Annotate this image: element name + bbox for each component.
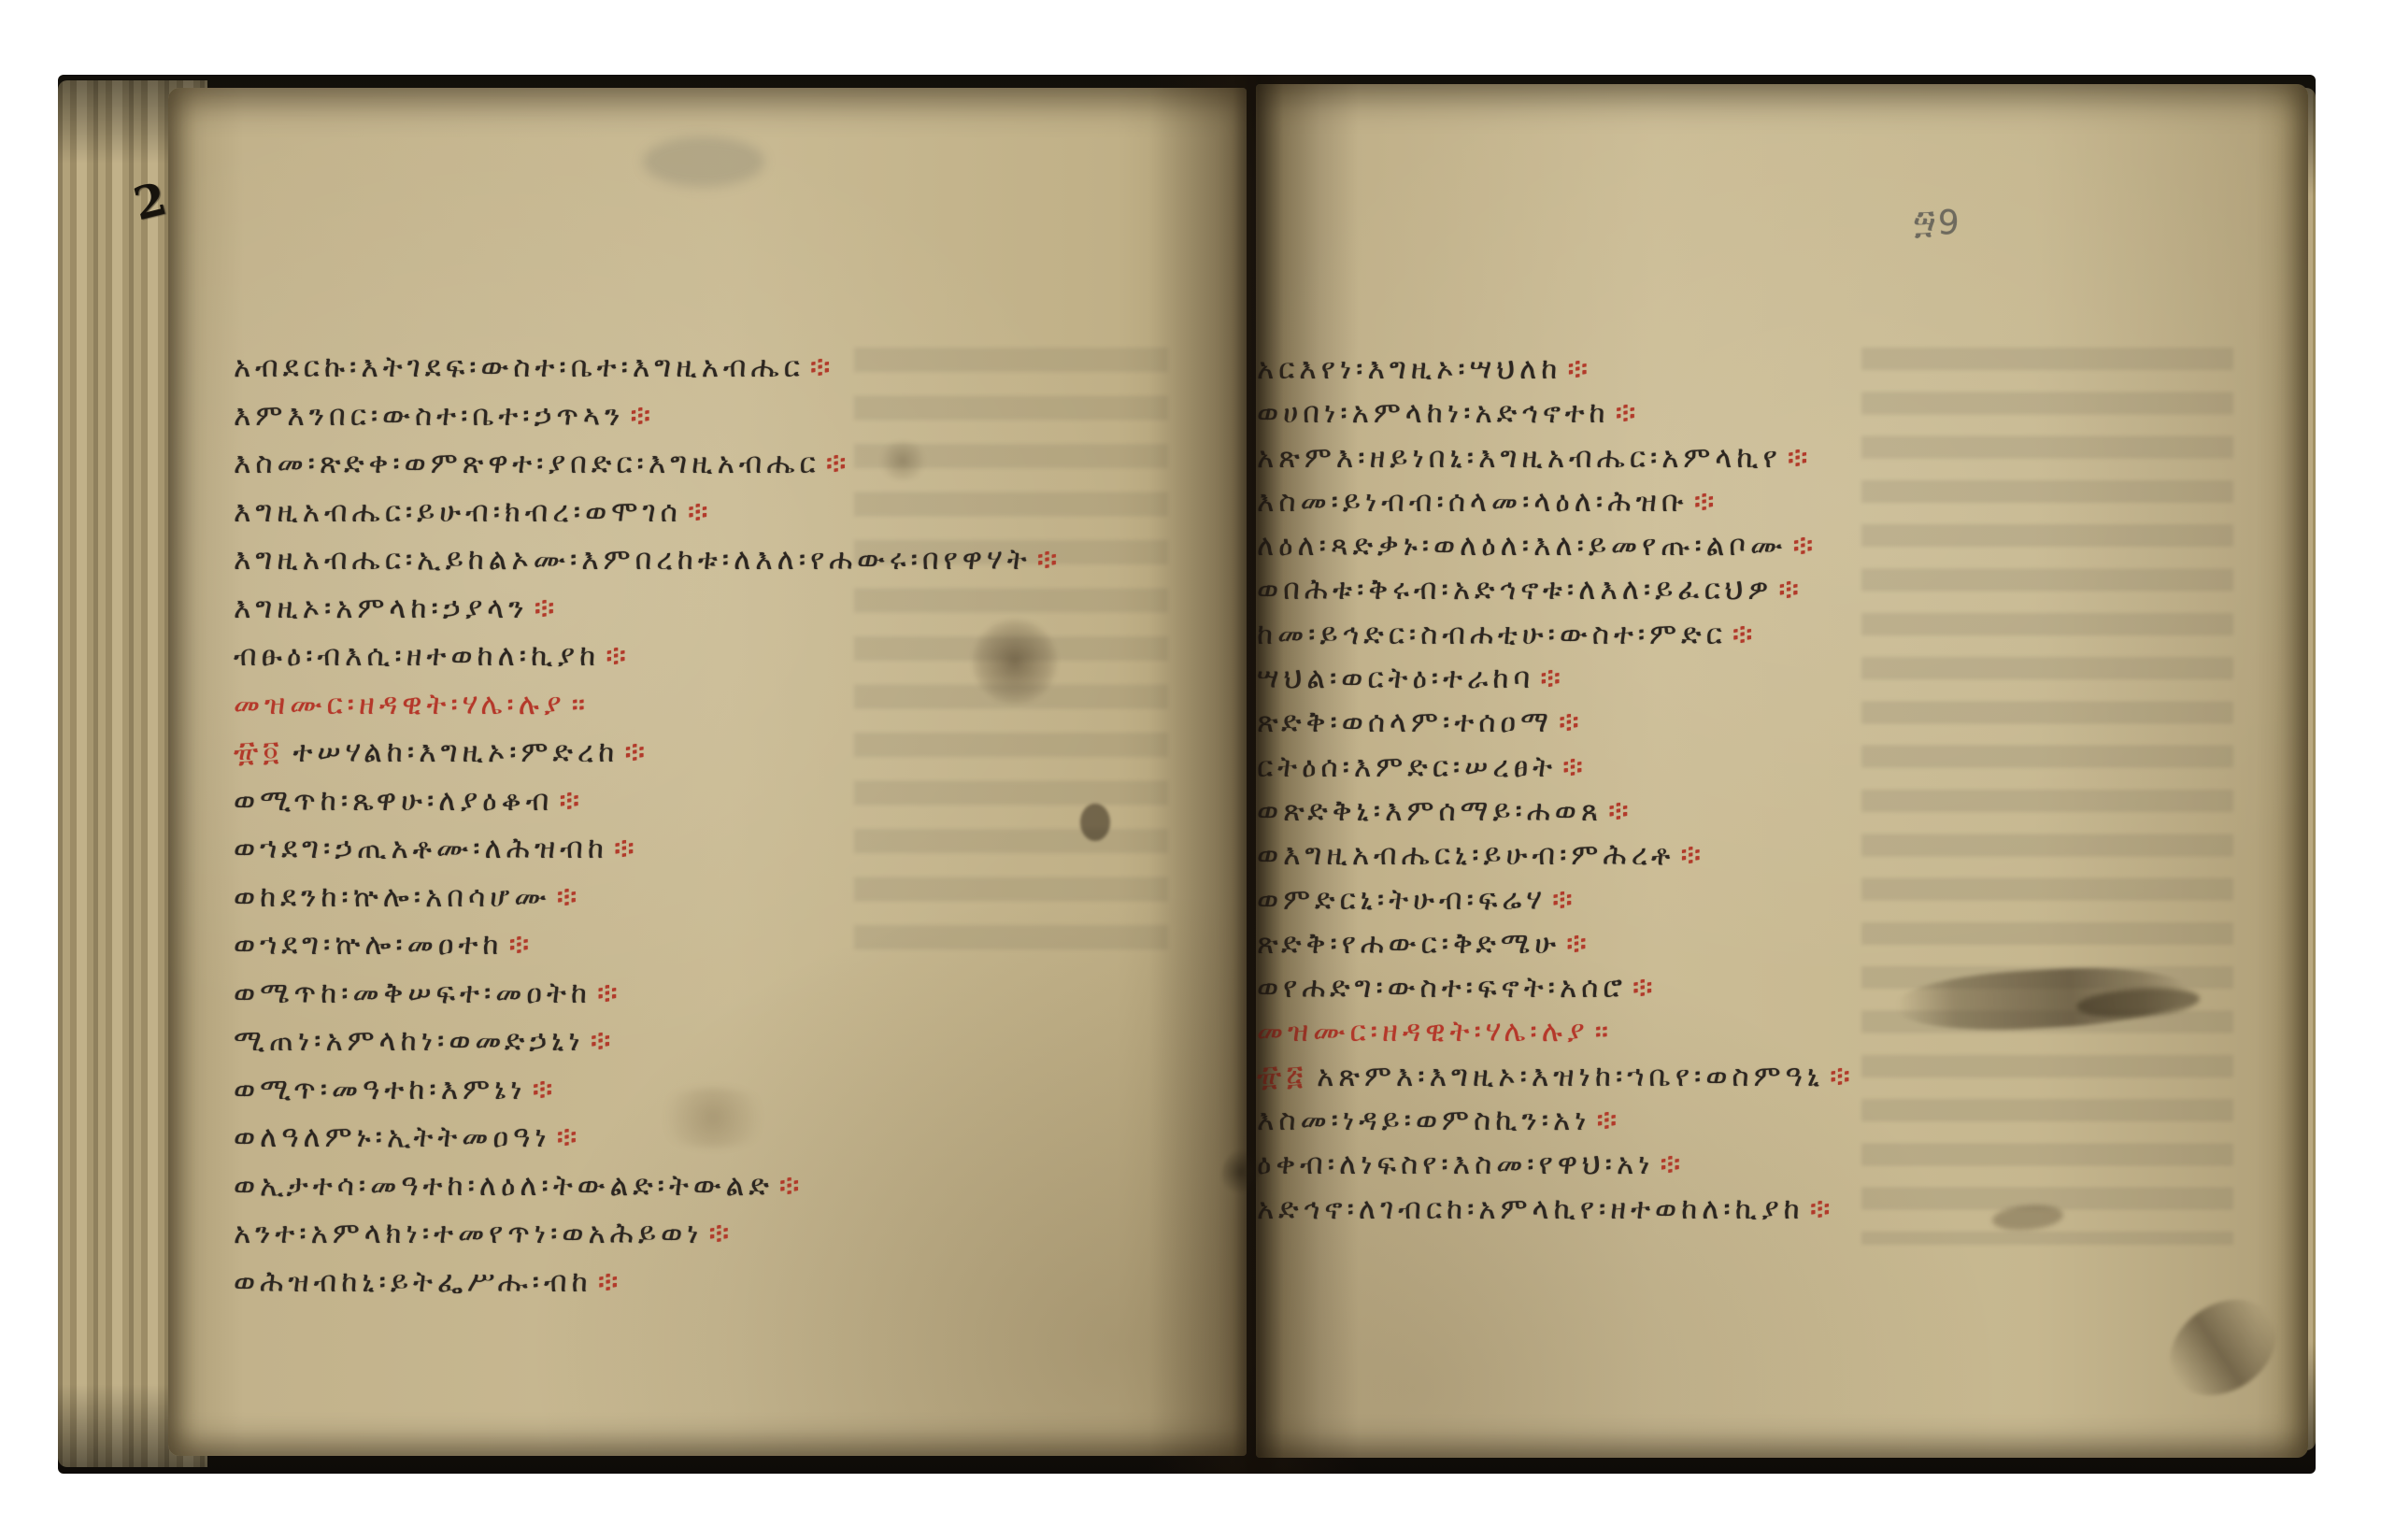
line-end-mark: ፨ (557, 1120, 582, 1154)
text-line: ሣህል፡ወርትዕ፡ተራከባ፨ (1257, 657, 2229, 701)
text-line: ወለዓለምኑ፡ኢትትመዐዓነ፨ (234, 1114, 1168, 1162)
line-end-mark: ፨ (1608, 794, 1633, 828)
line-end-mark: ፨ (1616, 396, 1641, 430)
line-end-mark: ፨ (810, 350, 835, 384)
text-line: ወሀበነ፡አምላከነ፡አድኅኖተከ፨ (1257, 392, 2229, 435)
text-line: ወየሐድግ፡ውስተ፡ፍኖት፡አሰሮ፨ (1257, 966, 2229, 1010)
line-end-mark: ፨ (1632, 971, 1658, 1005)
text-line: እግዚአብሔር፡ይሁብ፡ክብረ፡ወሞገሰ፨ (234, 489, 1168, 537)
manuscript-photo: { "manuscript": { "folio_number": "፵9", … (0, 0, 2381, 1540)
line-end-mark: ፨ (557, 880, 582, 914)
psalm-number: ፹፬ (234, 735, 283, 769)
line-end-mark: ፨ (826, 447, 851, 480)
folio-number: ፵9 (1912, 203, 1961, 244)
text-line: አጽምእ፡ዘይነበኒ፡እግዚአብሔር፡አምላኪየ፨ (1257, 436, 2229, 480)
text-line: ለዕለ፡ጻድቃኑ፡ወለዕለ፡እለ፡ይመየጡ፡ልቦሙ፨ (1257, 524, 2229, 568)
text-line: ሚጠነ፡አምላከነ፡ወመድኃኒነ፨ (234, 1018, 1168, 1066)
text-line: አድኅኖ፡ለገብርከ፡አምላኪየ፡ዘተወከለ፡ኪያከ፨ (1257, 1188, 2229, 1232)
gutter-shadow (1149, 75, 1359, 1474)
line-end-mark: ፨ (1830, 1060, 1855, 1093)
text-line: ወበሕቱ፡ቅሩብ፡አድኅኖቱ፡ለእለ፡ይፈርህዎ፨ (1257, 568, 2229, 612)
line-end-mark: ፨ (1792, 529, 1818, 563)
text-line: ወኢታተሳ፡መዓተከ፡ለዕለ፡ትውልድ፡ትውልድ፨ (234, 1162, 1168, 1211)
text-line: ርትዕሰ፡እምድር፡ሠረፀት፨ (1257, 746, 2229, 790)
rubric-line: መዝሙር፡ዘዳዊት፡ሃሌ፡ሉያ። (1257, 1010, 2229, 1054)
line-end-mark: ፨ (509, 928, 535, 962)
text-line: ወእግዚአብሔርኒ፡ይሁብ፡ምሕረቶ፨ (1257, 834, 2229, 877)
text-line: ወሕዝብከኒ፡ይትፌሥሑ፡ብከ፨ (234, 1259, 1168, 1307)
text-line: ወሚጥከ፡ጼዋሁ፡ለያዕቆብ፨ (234, 777, 1168, 826)
line-end-mark: ። (572, 688, 590, 721)
text-line: እግዚኦ፡አምላከ፡ኃያላን፨ (234, 585, 1168, 634)
text-line: ወጽድቅኒ፡እምሰማይ፡ሐወጸ፨ (1257, 790, 2229, 834)
line-end-mark: ፨ (597, 977, 622, 1010)
line-end-mark: ። (1595, 1015, 1613, 1048)
text-line: ወሜጥከ፡መቅሠፍተ፡መዐትከ፨ (234, 970, 1168, 1019)
line-end-mark: ፨ (1552, 883, 1577, 917)
right-page-text: አርእየነ፡እግዚኦ፡ሣህለከ፨ ወሀበነ፡አምላከነ፡አድኅኖተከ፨ አጽምእ… (1257, 348, 2229, 1232)
text-line: አንተ፡አምላክነ፡ተመየጥነ፡ወአሕይወነ፨ (234, 1210, 1168, 1259)
text-line: እግዚአብሔር፡ኢይከልኦሙ፡እምበረከቱ፡ለእለ፡የሐውሩ፡በየዋሃት፨ (234, 536, 1168, 585)
line-end-mark: ፨ (598, 1265, 623, 1299)
line-end-mark: ፨ (535, 592, 560, 625)
text-line: ዕቀብ፡ለነፍስየ፡እስመ፡የዋህ፡አነ፨ (1257, 1143, 2229, 1187)
text-line: ወምድርኒ፡ትሁብ፡ፍሬሃ፨ (1257, 878, 2229, 922)
line-end-mark: ፨ (1778, 573, 1804, 606)
left-page-text: አብደርኩ፡እትገደፍ፡ውስተ፡ቤተ፡እግዚአብሔር፨ እምእንበር፡ውስተ፡ቤ… (234, 344, 1168, 1306)
text-line: ወኀደግ፡ኵሎ፡መዐተከ፨ (234, 921, 1168, 970)
line-end-mark: ፨ (1732, 618, 1758, 651)
line-end-mark: ፨ (1559, 706, 1584, 739)
line-end-mark: ፨ (779, 1169, 805, 1203)
rubric-line: መዝሙር፡ዘዳዊት፡ሃሌ፡ሉያ። (234, 681, 1168, 730)
line-end-mark: ፨ (1037, 543, 1062, 577)
text-line: ፹፬ተሠሃልከ፡እግዚኦ፡ምድረከ፨ (234, 729, 1168, 777)
line-end-mark: ፨ (1788, 441, 1813, 475)
text-line: ጽድቅ፡የሐውር፡ቅድሜሁ፨ (1257, 922, 2229, 966)
line-end-mark: ፨ (1562, 750, 1588, 784)
text-line: ፹፭አጽምእ፡እግዚኦ፡እዝነከ፡ኀቤየ፡ወስምዓኒ፨ (1257, 1055, 2229, 1099)
text-line: እስመ፡ይነብብ፡ሰላመ፡ላዕለ፡ሕዝቡ፨ (1257, 480, 2229, 524)
line-end-mark: ፨ (624, 735, 649, 769)
line-end-mark: ፨ (1810, 1192, 1835, 1226)
line-end-mark: ፨ (591, 1024, 616, 1058)
line-end-mark: ፨ (559, 784, 584, 818)
line-end-mark: ፨ (1540, 662, 1565, 695)
line-end-mark: ፨ (1567, 352, 1592, 386)
text-line: አብደርኩ፡እትገደፍ፡ውስተ፡ቤተ፡እግዚአብሔር፨ (234, 344, 1168, 392)
open-book: 2 ፵9 አብደርኩ፡እትገደፍ፡ውስተ፡ቤተ፡እግዚአብሔር፨ እምእንበር፡… (58, 75, 2316, 1474)
line-end-mark: ፨ (1660, 1148, 1685, 1181)
text-line: ጽድቅ፡ወሰላም፡ተሰዐማ፨ (1257, 701, 2229, 745)
text-line: እምእንበር፡ውስተ፡ቤተ፡ኃጥኣን፨ (234, 392, 1168, 441)
text-line: ወሚጥ፡መዓተከ፡እምኔነ፨ (234, 1066, 1168, 1115)
text-line: ወኀደግ፡ኃጢአቶሙ፡ለሕዝብከ፨ (234, 825, 1168, 874)
line-end-mark: ፨ (630, 399, 655, 433)
text-line: ከመ፡ይኅድር፡ስብሐቲሁ፡ውስተ፡ምድር፨ (1257, 613, 2229, 657)
text-line: አርእየነ፡እግዚኦ፡ሣህለከ፨ (1257, 348, 2229, 392)
text-line: ብፁዕ፡ብእሲ፡ዘተወከለ፡ኪያከ፨ (234, 633, 1168, 681)
text-line: እስመ፡ጽድቀ፡ወምጽዋተ፡ያበድር፡እግዚአብሔር፨ (234, 440, 1168, 489)
line-end-mark: ፨ (614, 832, 639, 865)
line-end-mark: ፨ (1694, 485, 1719, 519)
line-end-mark: ፨ (688, 495, 713, 529)
line-end-mark: ፨ (606, 639, 631, 673)
text-line: ወከደንከ፡ኵሎ፡አበሳሆሙ፨ (234, 874, 1168, 922)
line-end-mark: ፨ (1596, 1104, 1621, 1137)
line-end-mark: ፨ (533, 1073, 558, 1106)
text-line: እስመ፡ነዳይ፡ወምስኪን፡አነ፨ (1257, 1099, 2229, 1143)
line-end-mark: ፨ (1680, 838, 1705, 872)
line-end-mark: ፨ (708, 1217, 734, 1250)
line-end-mark: ፨ (1566, 927, 1591, 961)
